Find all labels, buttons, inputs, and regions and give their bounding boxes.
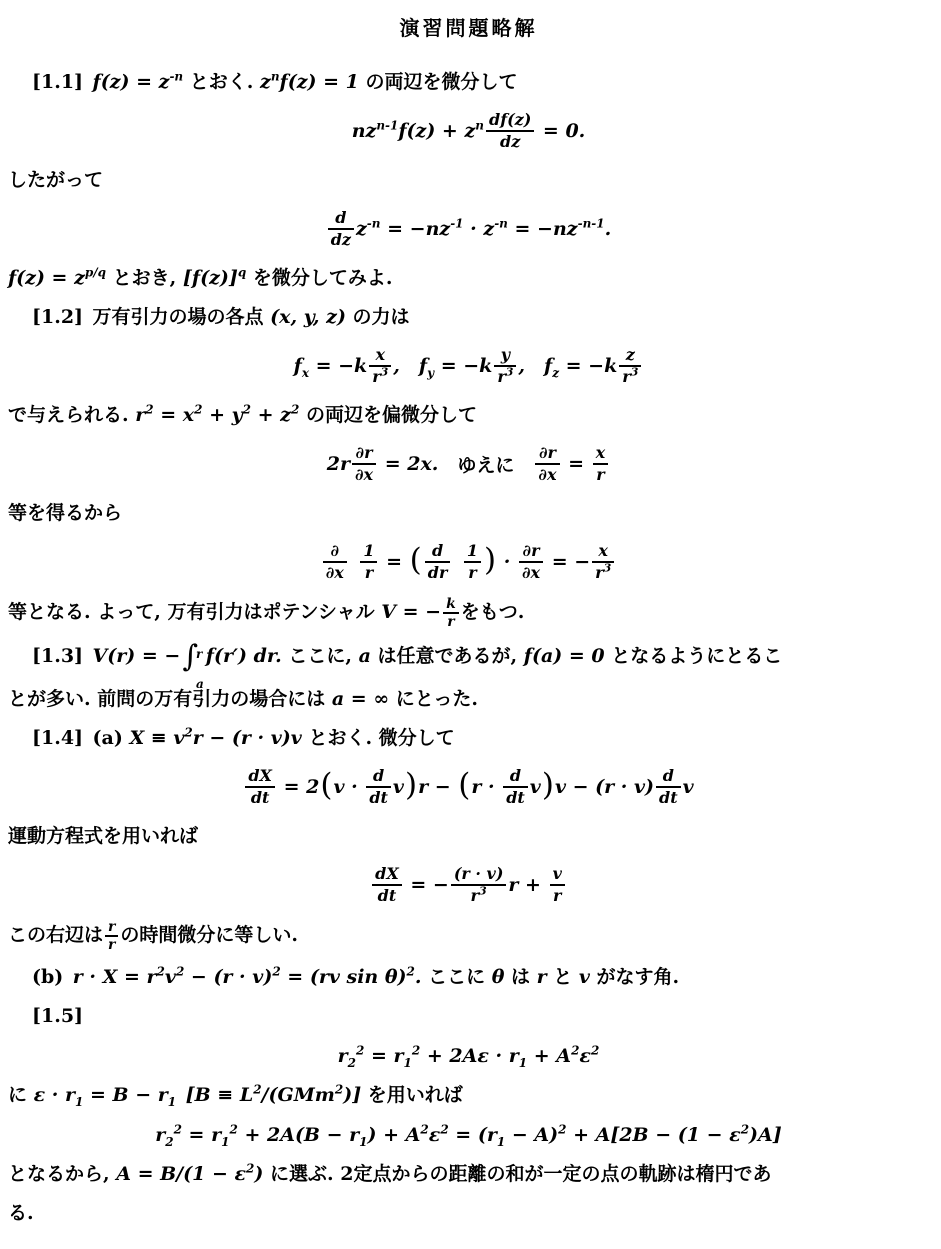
text-run: となるから,	[8, 1163, 116, 1185]
display-equation: r22 = r12 + 2A(B − r1) + A2ε2 = (r1 − A)…	[8, 1123, 929, 1146]
numerator: d	[425, 541, 451, 561]
superscript: 2	[194, 403, 202, 417]
fraction: kr	[443, 596, 459, 630]
superscript: 2	[440, 1123, 448, 1137]
text-line: [1.3] V(r) = −∫raf(r′) dr. ここに, a は任意である…	[8, 639, 929, 675]
numerator: d	[328, 208, 354, 228]
denominator: ∂x	[352, 463, 376, 485]
page-title: 演習問題略解	[8, 12, 929, 41]
math-run: v	[683, 776, 694, 798]
text-run: の力は	[346, 306, 410, 328]
text-run: ゆえに	[438, 455, 533, 477]
text-run: と	[547, 966, 579, 988]
denominator: r	[360, 561, 377, 583]
superscript: 2	[243, 403, 251, 417]
text-line: この右辺はrrの時間微分に等しい.	[8, 919, 929, 953]
text-run	[176, 1084, 186, 1106]
superscript: n-1	[376, 119, 398, 133]
numerator: d	[366, 766, 391, 786]
math-run: = 2	[277, 776, 319, 798]
math-run: d	[432, 541, 443, 560]
denominator: dz	[328, 228, 354, 250]
math-run: θ	[492, 966, 505, 988]
superscript: 2	[229, 1123, 237, 1137]
numerator: d	[656, 766, 681, 786]
solutions-page: 演習問題略解 [1.1] f(z) = z-n とおく. znf(z) = 1 …	[0, 0, 941, 1249]
text-run: [1.1]	[32, 71, 93, 93]
math-run	[452, 551, 462, 573]
text-run: がなす角.	[590, 966, 679, 988]
math-run: z	[626, 345, 635, 364]
fraction: ddz	[328, 208, 354, 250]
math-run: fx = −k	[294, 355, 368, 377]
math-run: r	[108, 919, 115, 935]
text-run: ここに,	[282, 645, 359, 667]
text-line: [1.5]	[8, 1001, 929, 1031]
math-run: d	[510, 766, 521, 785]
superscript: 2	[272, 965, 280, 979]
math-run: [B ≡ L2/(GMm2)]	[186, 1084, 362, 1106]
text-run: で与えられる.	[8, 404, 135, 426]
numerator: ∂r	[519, 541, 543, 561]
math-run: r	[553, 886, 561, 905]
math-run: , fz = −k	[518, 355, 617, 377]
math-run: a	[359, 645, 371, 667]
text-run: したがって	[8, 169, 103, 191]
fraction: ∂∂x	[323, 541, 347, 583]
math-run: 2r	[327, 453, 350, 475]
math-run: r ·	[471, 776, 501, 798]
math-run: = −	[545, 551, 590, 573]
text-run: [1.3]	[32, 645, 93, 667]
display-equation: dXdt = −(r · v)r3r + vr	[8, 864, 929, 906]
math-run: d	[663, 766, 674, 785]
math-run: ε · r1 = B − r1	[34, 1084, 177, 1106]
superscript: n	[475, 119, 484, 133]
text-line: で与えられる. r2 = x2 + y2 + z2 の両辺を偏微分して	[8, 400, 929, 430]
math-run: x	[375, 345, 385, 364]
superscript: -1	[450, 217, 463, 231]
superscript: 3	[479, 885, 487, 898]
math-run: dt	[378, 886, 397, 905]
content-body: [1.1] f(z) = z-n とおく. znf(z) = 1 の両辺を微分し…	[8, 67, 929, 1228]
math-run: , fy = −k	[393, 355, 492, 377]
math-run: v	[579, 966, 590, 988]
text-run: を微分してみよ.	[246, 267, 392, 289]
superscript: 2	[741, 1123, 749, 1137]
superscript: 2	[145, 403, 153, 417]
text-run: にとった.	[389, 688, 478, 710]
math-run: ∂r	[523, 541, 540, 560]
integral: ∫ra	[182, 639, 203, 675]
text-line: [1.2] 万有引力の場の各点 (x, y, z) の力は	[8, 302, 929, 332]
math-run: V = −	[381, 601, 441, 623]
math-run: f(r′) dr.	[206, 645, 282, 667]
fraction: dXdt	[245, 766, 275, 808]
display-equation: fx = −kxr3, fy = −kyr3, fz = −kzr3	[8, 345, 929, 387]
fraction: zr3	[619, 345, 641, 387]
superscript: 2	[184, 726, 192, 740]
math-run: x	[596, 443, 606, 462]
math-run: v	[393, 776, 404, 798]
math-run: ∂r	[539, 443, 556, 462]
text-run: とおく.	[183, 71, 260, 93]
math-run: nzn-1f(z) + zn	[352, 120, 484, 142]
fraction: 1r	[360, 541, 377, 583]
math-run: A = B/(1 − ε2)	[116, 1163, 263, 1185]
text-run: は任意であるが,	[371, 645, 524, 667]
superscript: 2	[558, 1123, 566, 1137]
math-run: (x, y, z)	[270, 306, 346, 328]
text-run: [1.5]	[32, 1005, 83, 1027]
math-run: r · X = r2v2 − (r · v)2 = (rv sin θ)2.	[73, 966, 422, 988]
superscript: -n	[169, 70, 183, 84]
numerator: 1	[360, 541, 377, 561]
denominator: r3	[451, 884, 507, 906]
text-line: [1.4] (a) X ≡ v2r − (r · v)v とおく. 微分して	[8, 723, 929, 753]
text-run: をもつ.	[461, 601, 525, 623]
upper-limit: r	[196, 639, 204, 669]
superscript: 2	[412, 1044, 420, 1058]
numerator: ∂	[323, 541, 347, 561]
text-line: る.	[8, 1198, 929, 1228]
subscript: 1	[519, 1056, 527, 1070]
text-line: となるから, A = B/(1 − ε2) に選ぶ. 2定点からの距離の和が一定…	[8, 1159, 929, 1189]
subscript: x	[302, 366, 309, 380]
superscript: 2	[174, 1123, 182, 1137]
math-run: V(r) = −	[93, 645, 181, 667]
display-equation: nzn-1f(z) + zndf(z)dz = 0.	[8, 110, 929, 152]
superscript: 2	[356, 1044, 364, 1058]
subscript: y	[427, 366, 434, 380]
text-line: (b) r · X = r2v2 − (r · v)2 = (rv sin θ)…	[8, 962, 929, 992]
text-run: この右辺は	[8, 924, 103, 946]
superscript: q	[238, 266, 246, 280]
math-run: dX	[375, 864, 399, 883]
text-line: に ε · r1 = B − r1 [B ≡ L2/(GMm2)] を用いれば	[8, 1080, 929, 1110]
fraction: ddt	[503, 766, 528, 808]
superscript: -n-1	[578, 217, 605, 231]
denominator: dr	[425, 561, 451, 583]
text-run: の時間微分に等しい.	[120, 924, 298, 946]
fraction: 1r	[464, 541, 481, 583]
math-run: dX	[248, 766, 272, 785]
math-run: r +	[508, 874, 547, 896]
denominator: dz	[486, 130, 534, 152]
math-run: r3	[497, 367, 513, 386]
text-line: f(z) = zp/q とおき, [f(z)]q を微分してみよ.	[8, 263, 929, 293]
numerator: v	[550, 864, 565, 884]
numerator: k	[443, 596, 459, 612]
denominator: dt	[245, 786, 275, 808]
math-run: d	[373, 766, 384, 785]
superscript: 3	[631, 366, 639, 379]
text-line: 等となる. よって, 万有引力はポテンシャル V = −krをもつ.	[8, 596, 929, 630]
superscript: 2	[157, 965, 165, 979]
numerator: r	[105, 919, 118, 935]
math-run: r22 = r12 + 2A(B − r1) + A2ε2 = (r1 − A)…	[155, 1124, 782, 1146]
subscript: 1	[75, 1095, 83, 1109]
math-run: ∂x	[355, 465, 373, 484]
fraction: yr3	[494, 345, 516, 387]
math-run: r	[447, 614, 454, 630]
text-run: (b)	[32, 966, 73, 988]
integral-limits: ra	[196, 639, 204, 675]
superscript: 2	[420, 1123, 428, 1137]
math-run: dt	[506, 788, 525, 807]
text-run: に	[8, 1084, 34, 1106]
superscript: 3	[506, 366, 514, 379]
math-run: f(a) = 0	[524, 645, 605, 667]
text-run: の両辺を偏微分して	[299, 404, 477, 426]
fraction: ddr	[425, 541, 451, 583]
math-run: =	[562, 453, 591, 475]
fraction: ∂r∂x	[519, 541, 543, 583]
math-run: ∂x	[326, 563, 344, 582]
fraction: xr3	[592, 541, 614, 583]
display-equation: dXdt = 2(v · ddtv)r − (r · ddtv)v − (r ·…	[8, 766, 929, 808]
numerator: dX	[245, 766, 275, 786]
superscript: 2	[253, 1083, 261, 1097]
text-run: とが多い. 前問の万有引力の場合には	[8, 688, 332, 710]
math-run: f(z) = zp/q	[8, 267, 106, 289]
numerator: x	[369, 345, 391, 365]
text-run: となるようにとるこ	[605, 645, 783, 667]
math-run: =	[379, 551, 408, 573]
subscript: 2	[165, 1135, 173, 1149]
superscript: 2	[246, 1162, 254, 1176]
math-run: 1	[363, 541, 374, 560]
math-run: dz	[500, 132, 520, 151]
text-run: とおく. 微分して	[302, 727, 455, 749]
math-run: r3	[372, 367, 388, 386]
math-run: x	[598, 541, 608, 560]
subscript: 1	[497, 1135, 505, 1149]
text-line: とが多い. 前問の万有引力の場合には a = ∞ にとった.	[8, 684, 929, 714]
math-run: v − (r · v)	[555, 776, 654, 798]
math-run: v ·	[333, 776, 364, 798]
display-equation: ∂∂x 1r = (ddr 1r) · ∂r∂x = −xr3	[8, 541, 929, 583]
fraction: df(z)dz	[486, 110, 534, 152]
math-run: = −	[404, 874, 449, 896]
superscript: 2	[591, 1044, 599, 1058]
math-run: d	[335, 208, 346, 227]
text-run: の両辺を微分して	[359, 71, 518, 93]
math-run: ∂	[331, 541, 340, 560]
text-line: したがって	[8, 165, 929, 195]
text-line: 運動方程式を用いれば	[8, 821, 929, 851]
subscript: 1	[359, 1135, 367, 1149]
math-run: y	[501, 345, 510, 364]
superscript: 2	[335, 1083, 343, 1097]
subscript: z	[552, 366, 559, 380]
math-run: dr	[428, 563, 448, 582]
denominator: r3	[619, 365, 641, 387]
numerator: x	[593, 443, 609, 463]
denominator: r3	[369, 365, 391, 387]
math-run: 1	[467, 541, 478, 560]
denominator: r3	[592, 561, 614, 583]
math-run: r2 = x2 + y2 + z2	[135, 404, 299, 426]
math-run: ∂x	[522, 563, 540, 582]
math-run: r3	[595, 563, 611, 582]
fraction: ∂r∂x	[352, 443, 376, 485]
math-run: dt	[659, 788, 678, 807]
math-run: dz	[331, 230, 351, 249]
superscript: n	[271, 70, 280, 84]
math-run: r	[537, 966, 547, 988]
fraction: vr	[550, 864, 565, 906]
text-run: 運動方程式を用いれば	[8, 825, 198, 847]
denominator: ∂x	[519, 561, 543, 583]
denominator: dt	[656, 786, 681, 808]
denominator: r	[464, 561, 481, 583]
text-run: ここに	[421, 966, 491, 988]
fraction: dXdt	[372, 864, 402, 906]
denominator: r	[105, 935, 118, 953]
math-run: ∂x	[538, 465, 556, 484]
denominator: r	[443, 612, 459, 630]
math-run: v	[553, 864, 562, 883]
fraction: ddt	[366, 766, 391, 808]
numerator: z	[619, 345, 641, 365]
denominator: r3	[494, 365, 516, 387]
text-run: 等となる. よって, 万有引力はポテンシャル	[8, 601, 381, 623]
denominator: dt	[366, 786, 391, 808]
math-run: r3	[622, 367, 638, 386]
denominator: r	[593, 463, 609, 485]
text-run: を用いれば	[361, 1084, 463, 1106]
text-run: る.	[8, 1202, 34, 1224]
text-line: 等を得るから	[8, 498, 929, 528]
denominator: ∂x	[323, 561, 347, 583]
math-run: r22 = r12 + 2Aε · r1 + A2ε2	[338, 1045, 600, 1067]
math-run: dt	[369, 788, 388, 807]
numerator: df(z)	[486, 110, 534, 130]
numerator: ∂r	[352, 443, 376, 463]
math-run: k	[446, 596, 456, 612]
superscript: 2	[176, 965, 184, 979]
numerator: x	[592, 541, 614, 561]
superscript: -n	[494, 217, 508, 231]
math-run: df(z)	[489, 110, 531, 129]
superscript: 2	[407, 965, 415, 979]
math-run: f(z) = z-n	[93, 71, 184, 93]
math-run	[349, 551, 359, 573]
fraction: ∂r∂x	[535, 443, 559, 485]
math-run: r	[365, 563, 373, 582]
denominator: ∂x	[535, 463, 559, 485]
denominator: r	[550, 884, 565, 906]
math-run: X ≡ v2r − (r · v)v	[129, 727, 301, 749]
math-run: r3	[471, 886, 487, 905]
text-run: とおき,	[106, 267, 183, 289]
superscript: 3	[604, 562, 612, 575]
math-run: r	[596, 465, 604, 484]
text-line: [1.1] f(z) = z-n とおく. znf(z) = 1 の両辺を微分し…	[8, 67, 929, 97]
subscript: 1	[168, 1095, 176, 1109]
numerator: dX	[372, 864, 402, 884]
math-run: r	[468, 563, 476, 582]
text-run: [1.4] (a)	[32, 727, 129, 749]
superscript: 2	[571, 1044, 579, 1058]
display-equation: 2r∂r∂x = 2x. ゆえに ∂r∂x = xr	[8, 443, 929, 485]
display-equation: ddzz-n = −nz-1 · z-n = −nz-n-1.	[8, 208, 929, 250]
math-run: r −	[418, 776, 457, 798]
subscript: 2	[348, 1056, 356, 1070]
text-run: 等を得るから	[8, 502, 122, 524]
math-run: dt	[251, 788, 270, 807]
math-run: [f(z)]q	[183, 267, 246, 289]
fraction: (r · v)r3	[451, 864, 507, 906]
math-run: = 2x.	[378, 453, 438, 475]
math-run: a = ∞	[332, 688, 389, 710]
denominator: dt	[372, 884, 402, 906]
math-run: v	[530, 776, 541, 798]
math-run: znf(z) = 1	[260, 71, 359, 93]
subscript: 1	[404, 1056, 412, 1070]
math-run: (r · v)	[454, 864, 504, 883]
fraction: rr	[105, 919, 118, 953]
numerator: 1	[464, 541, 481, 561]
superscript: -n	[367, 217, 381, 231]
superscript: p/q	[85, 266, 106, 280]
math-run: ∂r	[356, 443, 373, 462]
numerator: d	[503, 766, 528, 786]
math-run: ·	[497, 551, 517, 573]
text-run: [1.2] 万有引力の場の各点	[32, 306, 270, 328]
math-run: z-n = −nz-1 · z-n = −nz-n-1.	[356, 218, 611, 240]
fraction: xr	[593, 443, 609, 485]
numerator: (r · v)	[451, 864, 507, 884]
text-run: に選ぶ. 2定点からの距離の和が一定の点の軌跡は楕円であ	[263, 1163, 771, 1185]
superscript: 3	[381, 366, 389, 379]
math-run: = 0.	[536, 120, 585, 142]
denominator: dt	[503, 786, 528, 808]
fraction: ddt	[656, 766, 681, 808]
numerator: ∂r	[535, 443, 559, 463]
display-equation: r22 = r12 + 2Aε · r1 + A2ε2	[8, 1044, 929, 1067]
math-run: r	[108, 937, 115, 953]
fraction: xr3	[369, 345, 391, 387]
numerator: y	[494, 345, 516, 365]
text-run: は	[504, 966, 536, 988]
